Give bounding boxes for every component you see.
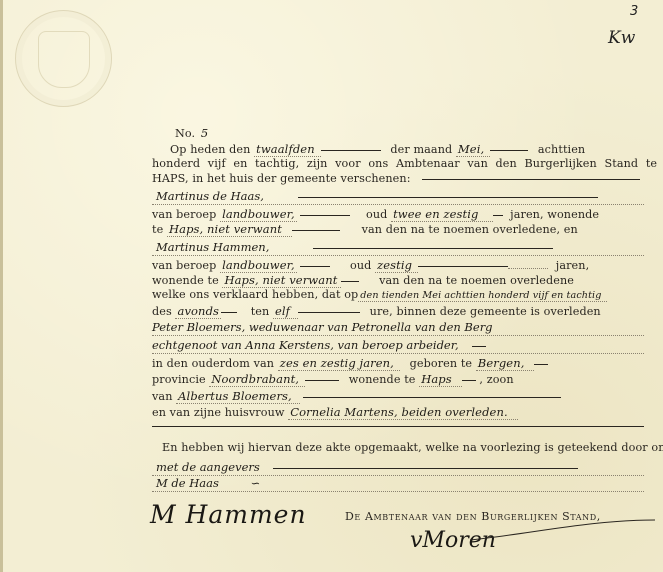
witness-2-occupation-line: van beroep landbouwer, oud zestig jaren,: [152, 258, 644, 273]
fill-rule: [221, 312, 237, 313]
witness-1-occupation: landbouwer,: [220, 207, 297, 222]
clerk-initials: Kw: [608, 28, 635, 48]
mother-name: Cornelia Martens, beiden overleden.: [288, 405, 518, 420]
declaration-line: welke ons verklaard hebben, dat opden ti…: [152, 288, 644, 303]
closing-note-1: met de aangevers: [156, 460, 260, 474]
intro-op-heden: Op heden den: [170, 143, 250, 156]
deceased-name-line: Peter Bloemers, weduwenaar van Petronell…: [152, 320, 644, 336]
death-hour: elf: [273, 304, 298, 319]
witness-1-residence-line: te Haps, niet verwant van den na te noem…: [152, 222, 644, 237]
intro-line-3: HAPS, in het huis der gemeente verschene…: [152, 172, 644, 186]
label-ten: ten: [251, 305, 270, 318]
fill-rule: [305, 380, 339, 381]
closing-note-1-line: met de aangevers: [152, 460, 644, 476]
label-geboren-te: geboren te: [410, 357, 473, 370]
fill-dots: [508, 268, 548, 269]
label-jaren: jaren,: [556, 259, 589, 272]
witness-1-residence: Haps, niet verwant: [167, 222, 292, 237]
fill-rule: [472, 346, 486, 347]
father-name: Albertus Bloemers,: [176, 389, 300, 404]
witness-signature: M Hammen: [150, 500, 307, 529]
label-ouderdom: in den ouderdom van: [152, 357, 274, 370]
province-line: provincie Noordbrabant, wonende te Haps …: [152, 372, 644, 387]
witness-2-residence-line: wonende te Haps, niet verwant van den na…: [152, 273, 644, 288]
time-line: des avonds ten elf ure, binnen deze geme…: [152, 304, 644, 319]
witness-1-occupation-line: van beroep landbouwer, oud twee en zesti…: [152, 207, 644, 222]
day-field: twaalfden: [254, 142, 321, 157]
province: Noordbrabant,: [209, 372, 305, 387]
fill-rule: [321, 150, 381, 151]
month-field: Mei,: [456, 142, 490, 157]
fill-rule: [298, 197, 598, 198]
witness-2-residence: Haps, niet verwant: [222, 273, 341, 288]
witness-2-name-line: Martinus Hammen,: [152, 240, 644, 256]
ure-text: ure, binnen deze gemeente is overleden: [370, 305, 601, 318]
label-huisvrouw: en van zijne huisvrouw: [152, 406, 285, 419]
signature-flourish-icon: [470, 514, 660, 544]
page-edge: [0, 0, 3, 572]
deceased-spouse-occupation: echtgenoot van Anna Kerstens, van beroep…: [152, 338, 459, 352]
witness-2-relation: van den na te noemen overledene: [379, 274, 574, 287]
fill-rule: [462, 380, 476, 381]
label-oud: oud: [366, 208, 387, 221]
label-te: te: [152, 223, 163, 236]
fill-rule: [534, 364, 548, 365]
witness-2-age: zestig: [375, 258, 418, 273]
intro-haps-text: HAPS, in het huis der gemeente verschene…: [152, 172, 411, 185]
fill-rule: [493, 215, 503, 216]
label-wonende-te: wonende te: [152, 274, 219, 287]
label-des: des: [152, 305, 172, 318]
fill-rule: [303, 397, 561, 398]
fill-rule: [313, 248, 553, 249]
deceased-age: zes en zestig jaren,: [278, 356, 400, 371]
intro-line-1: Op heden den twaalfden der maand Mei, ac…: [170, 142, 644, 157]
act-number-line: No. 5: [175, 126, 663, 141]
separator-line: [152, 426, 644, 427]
deceased-residence: Haps: [419, 372, 462, 387]
closing-note-2-line: M de Haas ∽: [152, 476, 644, 492]
act-number-label: No.: [175, 127, 195, 140]
birthplace: Bergen,: [476, 356, 535, 371]
label-van-beroep: van beroep: [152, 259, 216, 272]
mother-line: en van zijne huisvrouw Cornelia Martens,…: [152, 405, 644, 420]
fill-rule: [298, 312, 360, 313]
label-van-beroep: van beroep: [152, 208, 216, 221]
label-oud: oud: [350, 259, 371, 272]
fill-rule: [418, 266, 508, 267]
civil-registry-death-record-page: 3 Kw No. 5 Op heden den twaalfden der ma…: [0, 0, 663, 572]
closing-note-2: M de Haas: [156, 476, 219, 490]
label-van: van: [152, 390, 173, 403]
label-jaren-wonende: jaren, wonende: [510, 208, 599, 221]
witness-1-relation: van den na te noemen overledene, en: [362, 223, 578, 236]
fill-rule: [300, 266, 330, 267]
fill-rule: [292, 230, 340, 231]
label-zoon: , zoon: [479, 373, 513, 386]
witness-1-age: twee en zestig: [391, 207, 492, 222]
deceased-age-line: in den ouderdom van zes en zestig jaren,…: [152, 356, 644, 371]
deceased-spouse-line: echtgenoot van Anna Kerstens, van beroep…: [152, 338, 644, 354]
witness-2-occupation: landbouwer,: [220, 258, 297, 273]
witness-1-name-line: Martinus de Haas,: [152, 189, 644, 205]
flourish-icon: ∽: [251, 476, 261, 490]
closing-line: En hebben wij hiervan deze akte opgemaak…: [162, 441, 644, 455]
intro-der-maand: der maand: [390, 143, 452, 156]
fill-rule: [490, 150, 528, 151]
witness-2-name: Martinus Hammen,: [156, 240, 269, 254]
coat-of-arms-icon: [38, 31, 90, 88]
embossed-seal-icon: [15, 10, 112, 107]
act-number: 5: [199, 126, 210, 140]
father-line: van Albertus Bloemers,: [152, 389, 644, 404]
witness-1-name: Martinus de Haas,: [156, 189, 264, 203]
fill-rule: [341, 281, 359, 282]
declaration-text: welke ons verklaard hebben, dat op: [152, 288, 358, 301]
page-number: 3: [630, 4, 638, 19]
fill-rule: [422, 179, 640, 180]
fill-rule: [273, 468, 578, 469]
label-wonende-te: wonende te: [349, 373, 416, 386]
intro-achttien: achttien: [538, 143, 585, 156]
label-provincie: provincie: [152, 373, 206, 386]
time-of-day: avonds: [175, 304, 221, 319]
intro-line-2: honderd vijf en tachtig, zijn voor ons A…: [152, 157, 644, 171]
fill-rule: [300, 215, 350, 216]
death-date: den tienden Mei achttien honderd vijf en…: [358, 290, 607, 302]
